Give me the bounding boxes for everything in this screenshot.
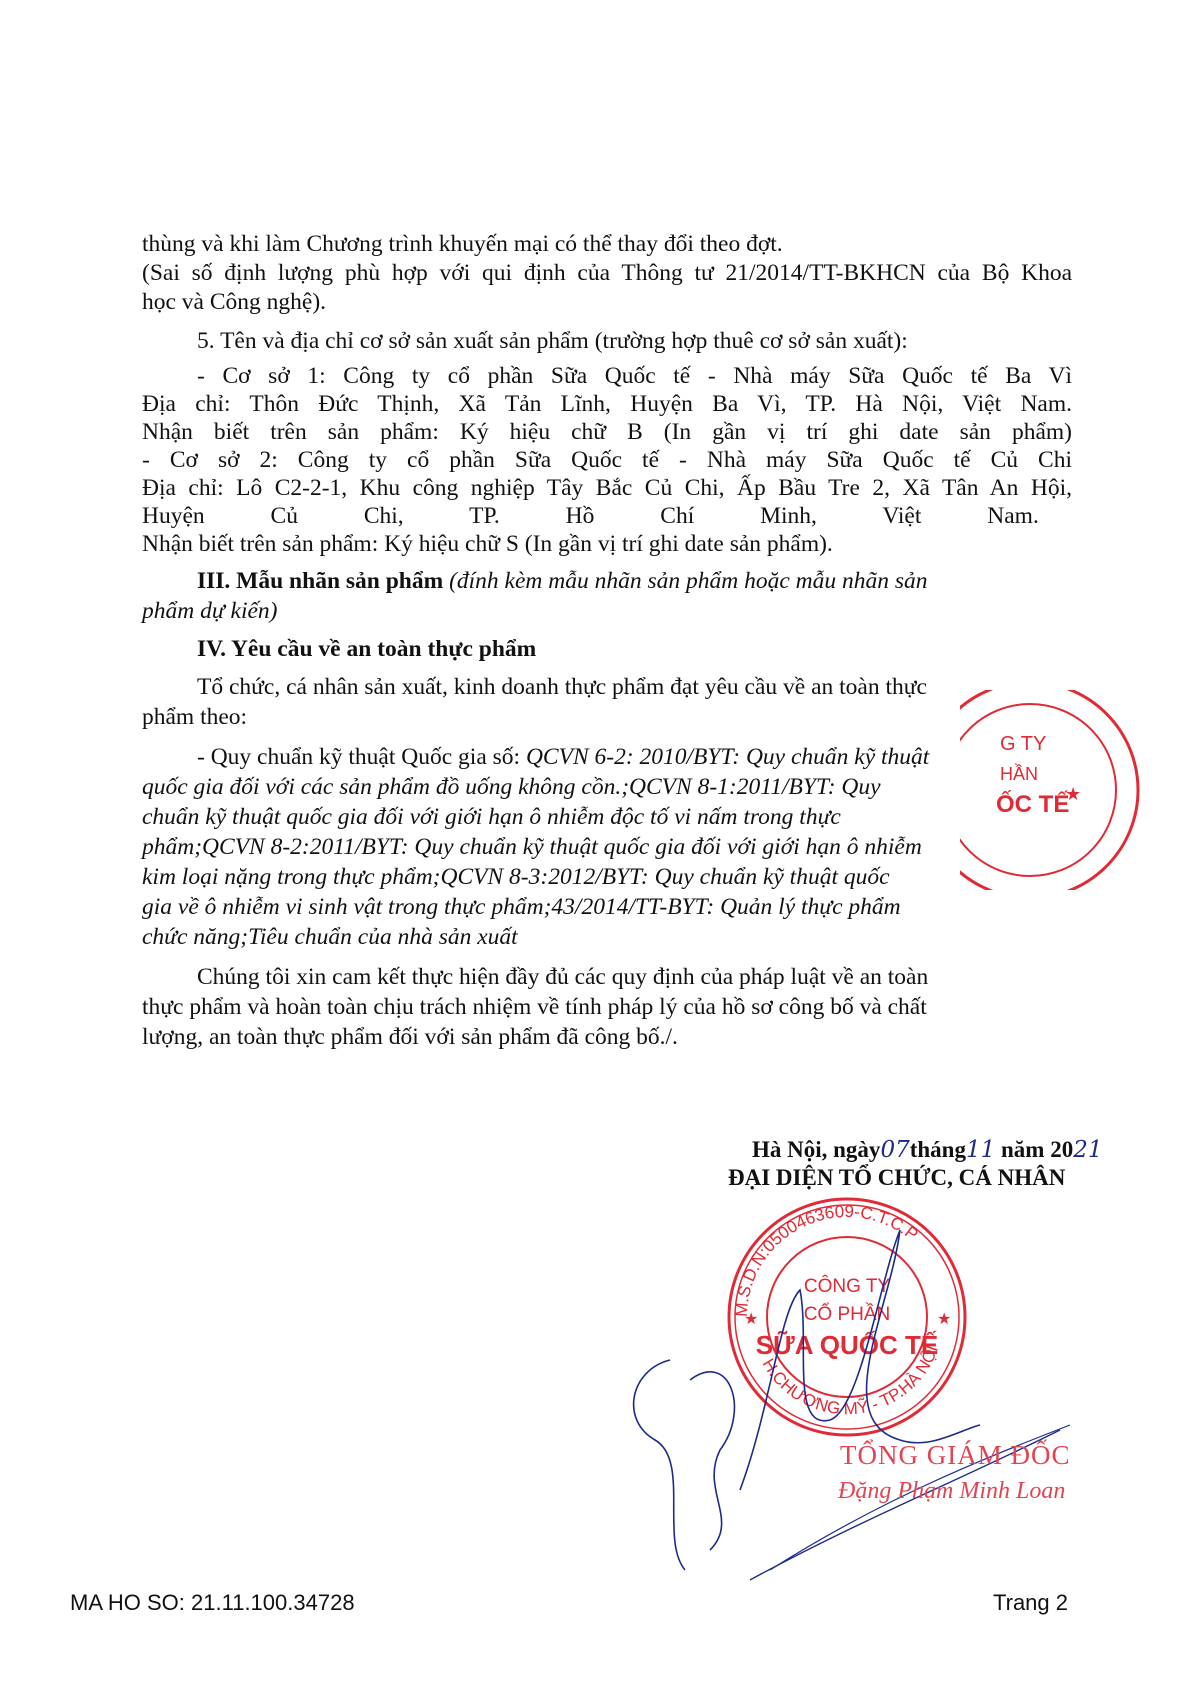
- date-year-label: năm 20: [1001, 1137, 1073, 1162]
- date-month-label: tháng: [910, 1137, 966, 1162]
- facility-2-address-cont: Huyện Củ Chi, TP. Hồ Chí Minh, Việt Nam.: [142, 501, 1072, 531]
- standards-text: QCVN 6-2: 2010/BYT: Quy chuẩn kỹ thuật: [526, 744, 929, 770]
- date-year-suffix: 21: [1073, 1137, 1102, 1163]
- body-line: thùng và khi làm Chương trình khuyến mại…: [142, 229, 1072, 259]
- date-day: 07: [880, 1137, 909, 1163]
- standards-text: phẩm;QCVN 8-2:2011/BYT: Quy chuẩn kỹ thu…: [142, 832, 1072, 862]
- page-number: Trang 2: [993, 1590, 1068, 1616]
- svg-text:G TY: G TY: [1000, 733, 1046, 755]
- body-line: Tổ chức, cá nhân sản xuất, kinh doanh th…: [142, 672, 1072, 702]
- standards-text: gia về ô nhiễm vi sinh vật trong thực ph…: [142, 892, 1072, 922]
- commitment-line: thực phẩm và hoàn toàn chịu trách nhiệm …: [142, 992, 1072, 1022]
- section-3-note-cont: phẩm dự kiến): [142, 596, 1072, 626]
- standards-text: chức năng;Tiêu chuẩn của nhà sản xuất: [142, 922, 1072, 952]
- section-3-heading: III. Mẫu nhãn sản phẩm: [197, 568, 443, 594]
- facility-2-mark: Nhận biết trên sản phẩm: Ký hiệu chữ S (…: [142, 529, 1072, 559]
- date-month: 11: [966, 1137, 995, 1163]
- svg-text:HẦN: HẦN: [1000, 763, 1038, 784]
- body-line: (Sai số định lượng phù hợp với qui định …: [142, 258, 1072, 288]
- svg-text:ỐC TẾ: ỐC TẾ: [996, 790, 1069, 818]
- handwritten-signature: [600, 1190, 1080, 1590]
- standards-text: quốc gia đối với các sản phẩm đồ uống kh…: [142, 772, 1072, 802]
- commitment-line: Chúng tôi xin cam kết thực hiện đầy đủ c…: [142, 962, 1072, 992]
- signer-name: Đặng Phạm Minh Loan: [838, 1478, 1065, 1505]
- commitment-line: lượng, an toàn thực phẩm đối với sản phẩ…: [142, 1022, 1072, 1052]
- body-line: học và Công nghệ).: [142, 287, 1072, 317]
- standards-line: - Quy chuẩn kỹ thuật Quốc gia số: QCVN 6…: [142, 742, 1072, 772]
- document-page: thùng và khi làm Chương trình khuyến mại…: [0, 0, 1189, 1683]
- date-prefix: Hà Nội, ngày: [752, 1137, 880, 1162]
- signer-title: TỔNG GIÁM ĐỐC: [840, 1440, 1071, 1471]
- standards-text: kim loại nặng trong thực phẩm;QCVN 8-3:2…: [142, 862, 1072, 892]
- facility-2-name: - Cơ sở 2: Công ty cổ phần Sữa Quốc tế -…: [142, 445, 1072, 475]
- facility-1-mark: Nhận biết trên sản phẩm: Ký hiệu chữ B (…: [142, 417, 1072, 447]
- facility-1-address: Địa chỉ: Thôn Đức Thịnh, Xã Tản Lĩnh, Hu…: [142, 389, 1072, 419]
- svg-text:★: ★: [1065, 784, 1081, 804]
- section-4-heading: IV. Yêu cầu về an toàn thực phẩm: [142, 634, 1072, 664]
- section-3-note: (đính kèm mẫu nhãn sản phẩm hoặc mẫu nhã…: [449, 568, 927, 594]
- body-line: phẩm theo:: [142, 702, 1072, 732]
- facility-1-name: - Cơ sở 1: Công ty cổ phần Sữa Quốc tế -…: [142, 361, 1072, 391]
- signature-date: Hà Nội, ngày07tháng11 năm 2021: [752, 1137, 1102, 1163]
- section-5-heading: 5. Tên và địa chỉ cơ sở sản xuất sản phẩ…: [142, 326, 1072, 356]
- representative-title: ĐẠI DIỆN TỔ CHỨC, CÁ NHÂN: [728, 1165, 1065, 1191]
- facility-2-address: Địa chỉ: Lô C2-2-1, Khu công nghiệp Tây …: [142, 473, 1072, 503]
- standards-prefix: - Quy chuẩn kỹ thuật Quốc gia số:: [197, 744, 526, 770]
- section-3: III. Mẫu nhãn sản phẩm (đính kèm mẫu nhã…: [142, 566, 1072, 596]
- record-code: MA HO SO: 21.11.100.34728: [70, 1590, 355, 1616]
- standards-text: chuẩn kỹ thuật quốc gia đối với giới hạn…: [142, 802, 1072, 832]
- partial-stamp: G TY HẦN ỐC TẾ ★: [960, 690, 1189, 890]
